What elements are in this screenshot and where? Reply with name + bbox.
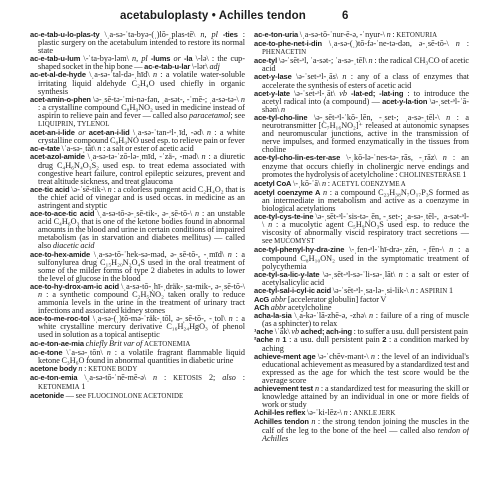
page-number: 6 [342,10,348,22]
dictionary-entry: ac-et-al-de-hyde \ˌa-sə-ˈtal-də-ˌhīd\ n … [30,71,245,95]
dictionary-entry: ace-tic acid \ə-ˈsē-tik-\ n : a colorles… [30,186,245,210]
dictionary-entry: acet-y-lase \ə-ˈset-ᵊl-ˌās\ n : any of a… [254,73,469,89]
dictionary-page: acetabuloplasty • Achilles tendon 6 ac-e… [0,0,500,500]
dictionary-entry: ac-e-tone \ˈa-sə-ˌtōn\ n : a volatile fr… [30,349,245,365]
dictionary-entry: acet-amin-o-phen \ə-ˌsē-tə-ˈmi-nə-fən, ˌ… [30,96,245,129]
dictionary-entry: ace-tyl \ə-ˈsēt-ᵊl, ˈa-sət-; ˈa-sə-ˌtēl\… [254,57,469,73]
dictionary-entry: acet-an-i-lide or acet-an-i-lid \ˌa-sə-ˈ… [30,129,245,145]
dictionary-entry: ace-tyl-cho-lin-es-ter-ase \-ˌkō-lə-ˈnes… [254,154,469,179]
dictionary-entry: ace-tyl-cys-te-ine \ə-ˌsēt-ᵊl-ˈsis-tə-ˌē… [254,213,469,246]
dictionary-entry: achievement test n : a standardized test… [254,385,469,409]
dictionary-entry: acet-y-late \ə-ˈset-ᵊl-ˌāt\ vb -lat-ed; … [254,90,469,114]
page-header: acetabuloplasty • Achilles tendon 6 [0,0,500,30]
dictionary-entry: acet-azol-amide \ˌa-sə-tə-ˈzō-lə-ˌmīd, -… [30,153,245,185]
dictionary-entry: ac-e-ton-emia \ˌa-sə-tō-ˈnē-mē-ə\ n : KE… [30,374,245,392]
dictionary-entry: ²ache n 1 : a usu. dull persistent pain … [254,336,469,352]
dictionary-entry: ace-to-hy-drox-am-ic acid \ˌa-sə-tō-ˌhī-… [30,283,245,315]
guide-words: acetabuloplasty • Achilles tendon [120,10,306,22]
dictionary-entry: ace-to-phe-net-i-din \ˌa-sə-(ˌ)tō-fə-ˈne… [254,40,469,57]
dictionary-entry: achieve-ment age \ə-ˈchēv-mənt-\ n : the… [254,353,469,385]
left-column: ac-e-tab-u-lo-plas-ty \ˌa-sə-ˈta-byə-(ˌ)… [30,31,245,485]
dictionary-entry: ac-e-tab-u-lum \-ˈta-byə-ləm\ n, pl -lum… [30,55,245,71]
dictionary-entry: ace-to-hex-amide \ˌa-sə-tō-ˈhek-sə-məd, … [30,251,245,283]
dictionary-entry: ac-e-tab-u-lo-plas-ty \ˌa-sə-ˈta-byə-(ˌ)… [30,31,245,55]
dictionary-entry: acha-la-sia \ˌa-kə-ˈlā-zhē-ə, -zhə\ n : … [254,312,469,328]
dictionary-entry: ace-tyl-sa-lic-y-late \ə-ˌsēt-ᵊl-sə-ˈli-… [254,271,469,287]
dictionary-entry: Achilles tendon n : the strong tendon jo… [254,418,469,442]
right-column: ac-e-ton-uria \ˌa-sə-tō-ˈnur-ē-ə, -ˈnyur… [254,31,469,485]
dictionary-entry: ace-to-ace-tic acid \ˌa-sə-tō-ə-ˌsē-tik-… [30,210,245,250]
dictionary-entry: ace-tyl-phenyl-hy-dra-zine \-ˌfen-ᵊl-ˈhī… [254,246,469,270]
dictionary-entry: ace-tyl-cho-line \ə-ˌsēt-ᵊl-ˈkō-ˌlēn, -ˌ… [254,114,469,154]
dictionary-entry: acetyl coenzyme A n : a compound C₂₃H₃₈N… [254,189,469,213]
text-columns: ac-e-tab-u-lo-plas-ty \ˌa-sə-ˈta-byə-(ˌ)… [30,31,470,485]
dictionary-entry: ace-to-me-roc-tol \ˌa-sə-(ˌ)tō-mə-ˈräk-ˌ… [30,315,245,339]
dictionary-entry: acetonide — see FLUOCINOLONE ACETONIDE [30,392,245,401]
